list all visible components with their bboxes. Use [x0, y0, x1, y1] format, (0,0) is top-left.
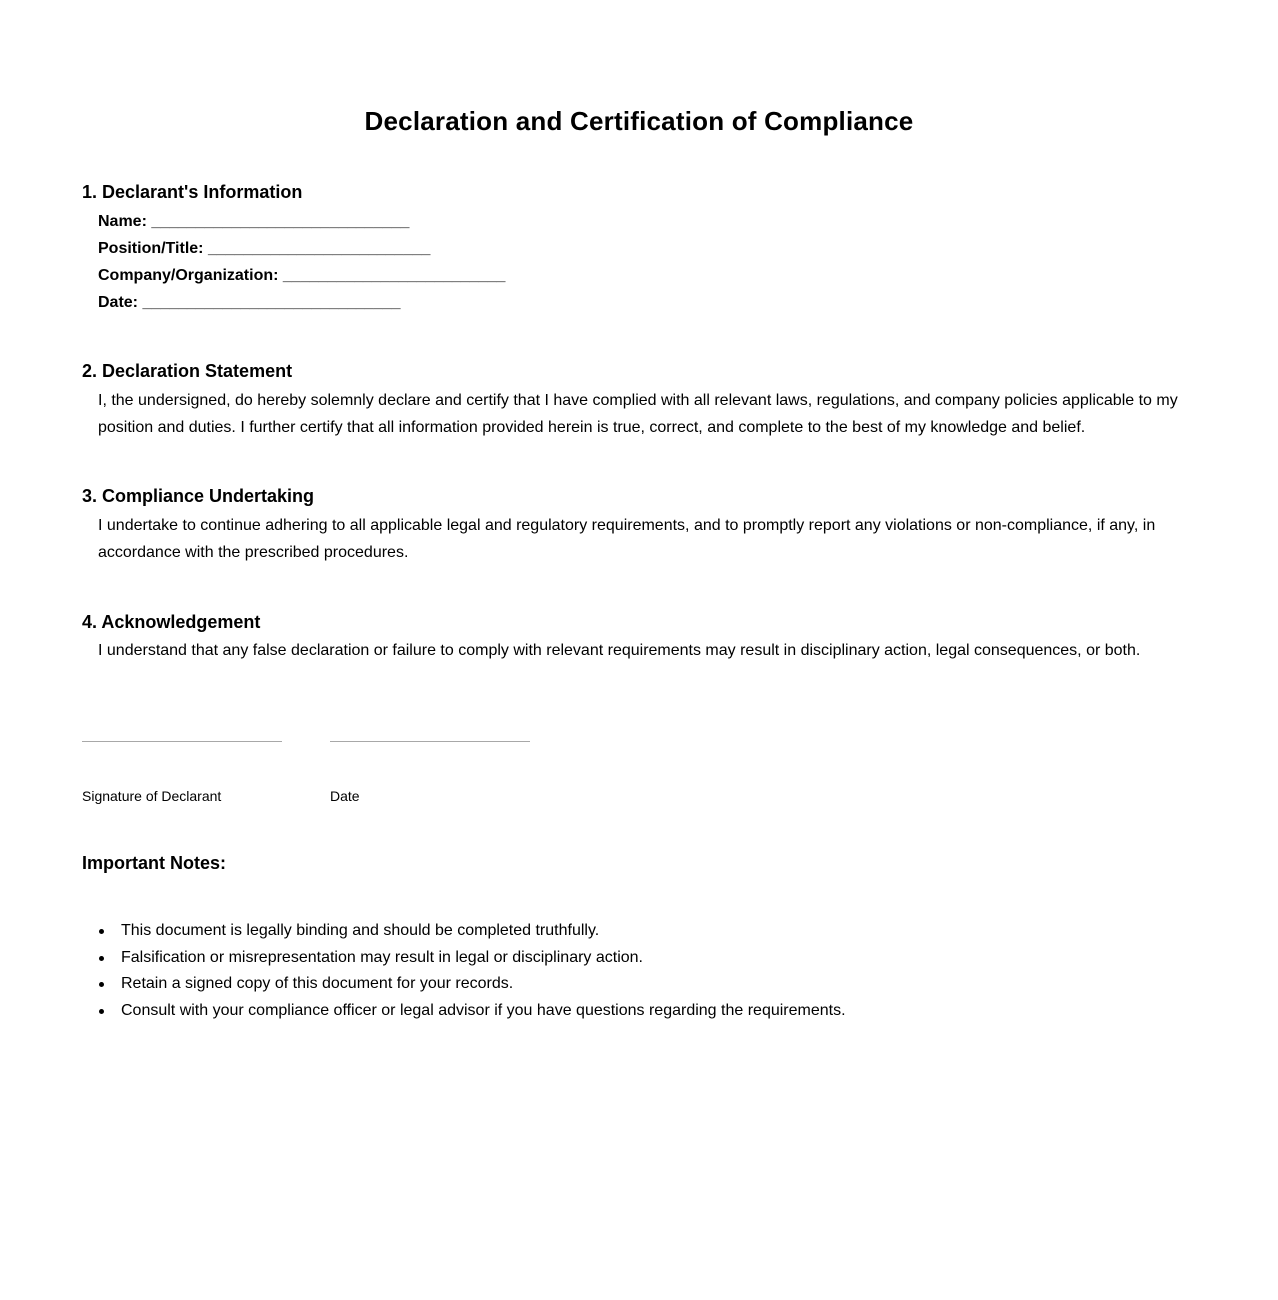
- section-heading-compliance-undertaking: 3. Compliance Undertaking: [82, 485, 314, 507]
- bullet-icon: [99, 956, 104, 961]
- bullet-icon: [99, 982, 104, 987]
- important-notes-heading: Important Notes:: [82, 852, 226, 874]
- field-blank-company-organization[interactable]: _________________________: [283, 266, 505, 286]
- field-label-company-organization: Company/Organization:: [98, 267, 278, 284]
- section-heading-declarant-info: 1. Declarant's Information: [82, 181, 302, 203]
- list-item: Retain a signed copy of this document fo…: [121, 971, 846, 998]
- field-blank-date[interactable]: _____________________________: [142, 293, 400, 313]
- signature-label: Signature of Declarant: [82, 787, 221, 805]
- list-item: Falsification or misrepresentation may r…: [121, 945, 846, 972]
- field-label-position-title: Position/Title:: [98, 240, 203, 257]
- field-label-name: Name:: [98, 213, 147, 230]
- field-company-organization[interactable]: Company/Organization: __________________…: [98, 266, 505, 286]
- declaration-statement-text: I, the undersigned, do hereby solemnly d…: [98, 387, 1196, 441]
- compliance-undertaking-text: I undertake to continue adhering to all …: [98, 512, 1196, 566]
- list-item: Consult with your compliance officer or …: [121, 998, 846, 1025]
- document-title: Declaration and Certification of Complia…: [82, 105, 1196, 137]
- note-text: Retain a signed copy of this document fo…: [121, 975, 513, 992]
- field-position-title[interactable]: Position/Title: ________________________…: [98, 239, 430, 259]
- field-name[interactable]: Name: _____________________________: [98, 212, 409, 232]
- field-blank-position-title[interactable]: _________________________: [208, 239, 430, 259]
- field-label-date: Date:: [98, 294, 138, 311]
- field-blank-name[interactable]: _____________________________: [151, 212, 409, 232]
- section-heading-acknowledgement: 4. Acknowledgement: [82, 611, 260, 633]
- signature-line[interactable]: [82, 741, 282, 742]
- section-heading-declaration-statement: 2. Declaration Statement: [82, 360, 292, 382]
- bullet-icon: [99, 1009, 104, 1014]
- date-label: Date: [330, 787, 360, 805]
- list-item: This document is legally binding and sho…: [121, 918, 846, 945]
- important-notes-list: This document is legally binding and sho…: [82, 918, 846, 1025]
- date-line[interactable]: [330, 741, 530, 742]
- bullet-icon: [99, 929, 104, 934]
- acknowledgement-text: I understand that any false declaration …: [98, 637, 1196, 664]
- field-date[interactable]: Date: _____________________________: [98, 293, 401, 313]
- note-text: This document is legally binding and sho…: [121, 922, 599, 939]
- note-text: Consult with your compliance officer or …: [121, 1002, 846, 1019]
- note-text: Falsification or misrepresentation may r…: [121, 949, 643, 966]
